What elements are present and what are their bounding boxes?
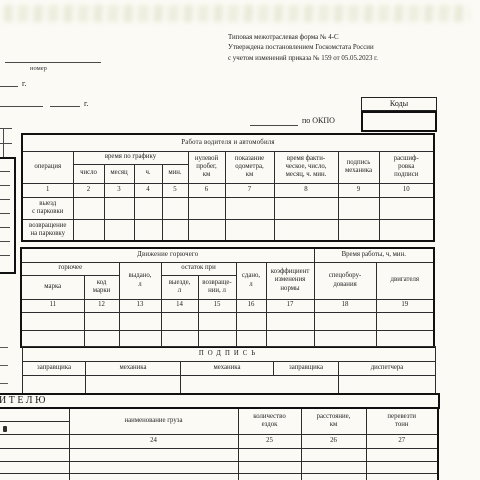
empty-cell — [69, 473, 238, 480]
empty-cell — [198, 330, 236, 347]
empty-cell — [73, 219, 104, 241]
empty-cell — [69, 461, 238, 473]
row-label-return: возвращение на парковку — [22, 219, 73, 241]
signature-label-refueler: заправщика — [23, 362, 86, 376]
empty-cell — [338, 219, 379, 241]
empty-cell — [0, 473, 69, 480]
left-strip-row-line — [0, 213, 10, 214]
driver-task-table: наименование груза количество ездок расс… — [0, 407, 439, 480]
empty-cell — [84, 330, 119, 347]
empty-cell — [119, 312, 161, 330]
driver-work-table: Работа водителя и автомобиля операция вр… — [21, 133, 435, 242]
year-suffix-2: г. — [84, 99, 88, 108]
col-number: 7 — [225, 183, 274, 197]
empty-cell — [188, 197, 225, 219]
clipped-line — [0, 383, 8, 384]
okpo-label: по ОКПО — [302, 116, 335, 125]
col-group-remainder: остаток при — [161, 262, 236, 275]
empty-cell — [198, 312, 236, 330]
empty-cell — [161, 312, 198, 330]
empty-cell — [366, 448, 438, 461]
signature-block: ПОДПИСЬ заправщика механика механика зап… — [22, 346, 436, 394]
col-group-fuel: горючее — [21, 262, 119, 275]
empty-cell — [339, 376, 436, 394]
watermark — [4, 5, 470, 22]
driver-task-header-fragment: ИТЕЛЮ — [0, 395, 48, 406]
col-issued: выдано, л — [119, 262, 161, 299]
col-number: 19 — [376, 299, 434, 312]
empty-cell — [23, 376, 86, 394]
col-number: 9 — [338, 183, 379, 197]
approval-note-line: Типовая межотраслевая форма № 4-С — [228, 33, 378, 43]
empty-cell — [188, 219, 225, 241]
empty-cell — [69, 448, 238, 461]
col-day: число — [73, 164, 104, 183]
col-number: 6 — [188, 183, 225, 197]
empty-cell — [104, 197, 134, 219]
col-remainder-return: возвраще- нии, л — [198, 275, 236, 299]
left-strip-row-line — [0, 199, 10, 200]
empty-cell — [238, 473, 301, 480]
empty-cell — [236, 312, 266, 330]
col-number: 25 — [238, 434, 301, 448]
codes-box: Коды — [361, 97, 437, 111]
signature-label-refueler: заправщика — [274, 362, 339, 376]
empty-cell — [301, 473, 366, 480]
empty-cell — [301, 461, 366, 473]
work-table-title: Работа водителя и автомобиля — [22, 134, 434, 151]
empty-cell — [84, 312, 119, 330]
left-clipped-table — [0, 157, 16, 274]
signature-label-dispatcher: диспетчера — [339, 362, 436, 376]
clipped-text-fragment — [3, 426, 7, 432]
approval-note-line: Утверждена постановлением Госкомстата Ро… — [228, 43, 378, 53]
empty-cell — [181, 376, 339, 394]
fuel-movement-table: Движение горючего Время работы, ч, мин. … — [20, 247, 435, 348]
scanned-waybill-form: Типовая межотраслевая форма № 4-С Утверж… — [0, 0, 480, 480]
empty-cell — [266, 330, 314, 347]
left-strip-row-line — [0, 241, 10, 242]
col-number: 18 — [314, 299, 376, 312]
col-number: 12 — [84, 299, 119, 312]
empty-cell — [376, 312, 434, 330]
okpo-underline — [250, 125, 298, 126]
col-signature-decode: расшиф- ровка подписи — [379, 151, 434, 183]
clipped-line — [0, 365, 8, 366]
left-strip-row-line — [0, 171, 10, 172]
year-underline-1 — [0, 86, 18, 87]
empty-cell — [0, 448, 69, 461]
empty-cell — [366, 461, 438, 473]
left-strip-row-line — [0, 227, 10, 228]
empty-cell — [236, 330, 266, 347]
empty-cell — [238, 448, 301, 461]
col-number: 15 — [198, 299, 236, 312]
fuel-table-title: Движение горючего — [21, 248, 314, 262]
col-zero-run: нулевой пробег, км — [188, 151, 225, 183]
left-strip-row-line — [0, 185, 10, 186]
signature-label-mechanic: механика — [86, 362, 181, 376]
col-number: 27 — [366, 434, 438, 448]
col-number: 11 — [21, 299, 84, 312]
empty-cell — [119, 330, 161, 347]
empty-cell — [379, 197, 434, 219]
empty-cell — [301, 448, 366, 461]
col-tons: перевезти тонн — [366, 408, 438, 434]
clipped-column-header-bottom — [0, 421, 69, 434]
approval-note-line: с учетом изменений приказа № 159 от 05.0… — [228, 54, 378, 64]
empty-cell — [366, 473, 438, 480]
number-underline — [5, 62, 101, 63]
empty-cell — [161, 330, 198, 347]
empty-cell — [376, 330, 434, 347]
col-number: 4 — [134, 183, 162, 197]
col-group-schedule-time: время по графику — [73, 151, 188, 164]
col-number: 14 — [161, 299, 198, 312]
empty-cell — [266, 312, 314, 330]
empty-cell — [225, 219, 274, 241]
year-underline-2a — [0, 106, 43, 107]
col-remainder-departure: выезде, л — [161, 275, 198, 299]
empty-cell — [73, 197, 104, 219]
col-number: 13 — [119, 299, 161, 312]
col-number: 1 — [22, 183, 73, 197]
empty-cell — [314, 312, 376, 330]
year-suffix-1: г. — [22, 79, 26, 88]
col-month: месяц — [104, 164, 134, 183]
clipped-line — [0, 347, 8, 348]
empty-cell — [338, 197, 379, 219]
col-engine: двигателя — [376, 262, 434, 299]
col-fuel-brand-code: код марки — [84, 275, 119, 299]
left-strip-line — [0, 128, 12, 129]
empty-cell — [86, 376, 181, 394]
empty-cell — [134, 219, 162, 241]
left-strip-vline — [3, 128, 4, 157]
left-strip-row-line — [0, 255, 10, 256]
col-number: 16 — [236, 299, 266, 312]
col-operation: операция — [22, 151, 73, 183]
empty-cell — [238, 461, 301, 473]
col-number: 3 — [104, 183, 134, 197]
empty-cell — [134, 197, 162, 219]
empty-cell — [162, 197, 188, 219]
col-special-equipment: спецобору- дования — [314, 262, 376, 299]
col-actual-time: время факти- ческое, число, месяц, ч. ми… — [274, 151, 338, 183]
empty-cell — [274, 197, 338, 219]
clipped-column-header-top — [0, 408, 69, 421]
year-underline-2b — [50, 106, 80, 107]
left-strip-line — [0, 143, 12, 144]
empty-cell — [379, 219, 434, 241]
empty-cell — [225, 197, 274, 219]
col-cargo-name: наименование груза — [69, 408, 238, 434]
col-number: 24 — [69, 434, 238, 448]
col-number: 26 — [301, 434, 366, 448]
signature-title: ПОДПИСЬ — [23, 347, 436, 362]
empty-cell — [21, 312, 84, 330]
col-fuel-brand: марка — [21, 275, 84, 299]
col-number: 17 — [266, 299, 314, 312]
col-number: 8 — [274, 183, 338, 197]
empty-cell — [21, 330, 84, 347]
col-hour: ч. — [134, 164, 162, 183]
work-time-title: Время работы, ч, мин. — [314, 248, 434, 262]
empty-cell — [274, 219, 338, 241]
col-mechanic-signature: подпись механика — [338, 151, 379, 183]
col-number: 10 — [379, 183, 434, 197]
empty-cell — [104, 219, 134, 241]
okpo-value-box — [361, 111, 437, 132]
empty-cell — [0, 434, 69, 448]
number-label: номер — [30, 65, 47, 72]
col-handed: сдано, л — [236, 262, 266, 299]
col-distance: расстояние, км — [301, 408, 366, 434]
approval-note: Типовая межотраслевая форма № 4-С Утверж… — [228, 33, 378, 64]
empty-cell — [0, 461, 69, 473]
signature-label-mechanic: механика — [181, 362, 274, 376]
col-odometer: показание одометра, км — [225, 151, 274, 183]
col-number: 5 — [162, 183, 188, 197]
col-number: 2 — [73, 183, 104, 197]
empty-cell — [162, 219, 188, 241]
col-minute: мин. — [162, 164, 188, 183]
row-label-departure: выезд с парковки — [22, 197, 73, 219]
empty-cell — [314, 330, 376, 347]
col-norm-coefficient: коэффициент изменения нормы — [266, 262, 314, 299]
col-trip-count: количество ездок — [238, 408, 301, 434]
